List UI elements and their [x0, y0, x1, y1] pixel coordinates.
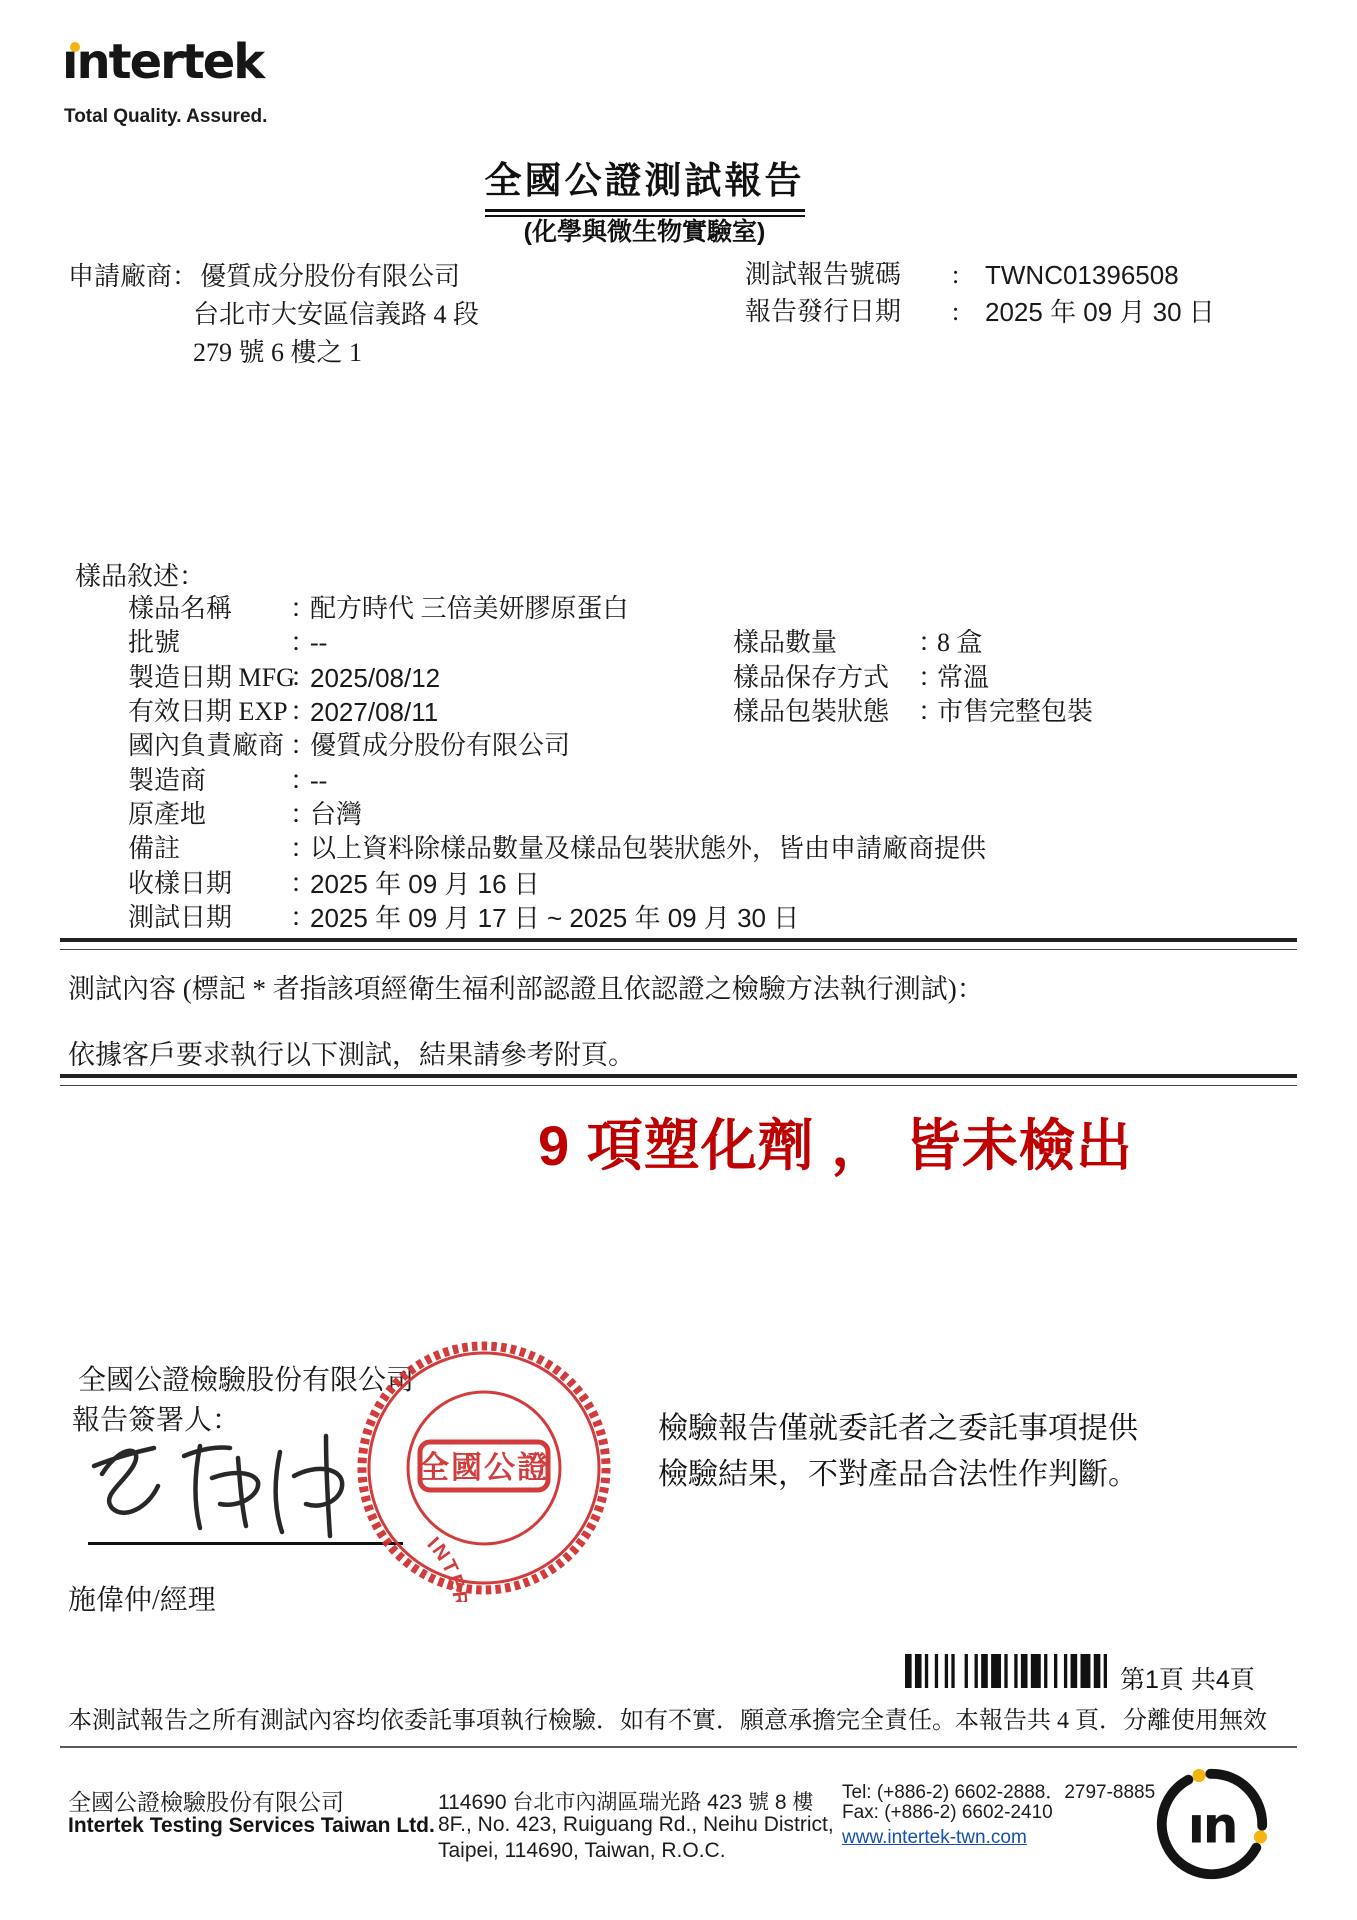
field-value: 2025/08/12 [310, 661, 440, 695]
barcode [905, 1654, 1107, 1688]
footer-divider [60, 1746, 1297, 1748]
title-wrap: 全國公證測試報告 [0, 150, 1357, 217]
footer-company-zh: 全國公證檢驗股份有限公司 [68, 1784, 344, 1817]
report-date-colon: : [952, 295, 959, 329]
sample-row-exp: 有效日期 EXP ： 2027/08/11 樣品包裝狀態 ： 市售完整包裝 [0, 695, 1357, 729]
footer-company-en: Intertek Testing Services Taiwan Ltd. [68, 1814, 435, 1838]
signer-name-title: 施偉仲/經理 [68, 1578, 216, 1618]
company-stamp: INTERTEK TESTING SERVICES TAIWAN LTD. 全國… [350, 1334, 618, 1602]
report-date-label: 報告發行日期 [745, 295, 901, 329]
field-value: 以上資料除樣品數量及樣品包裝狀態外，皆由申請廠商提供 [310, 832, 986, 866]
applicant-label: 申請廠商： [68, 260, 198, 294]
field-label-2: 樣品包裝狀態 [733, 695, 889, 729]
stamp-center-text: 全國公證 [418, 1450, 550, 1485]
report-page: ıntertek Total Quality. Assured. 全國公證測試報… [0, 0, 1357, 1920]
field-value: 2025 年 09 月 16 日 [310, 867, 540, 901]
sample-row-lot: 批號 ： -- 樣品數量 ： 8 盒 [0, 626, 1357, 660]
footer-tel: Tel: (+886-2) 6602-2888．2797-8885 [842, 1777, 1155, 1804]
sample-row-domestic: 國內負責廠商 ： 優質成分股份有限公司 [0, 729, 1357, 763]
sample-row-mfg: 製造日期 MFG ： 2025/08/12 樣品保存方式 ： 常溫 [0, 661, 1357, 695]
field-value: 台灣 [310, 798, 362, 832]
in-logo-yellow-dot-top [1192, 1769, 1205, 1782]
stamp-graphic: INTERTEK TESTING SERVICES TAIWAN LTD. 全國… [350, 1334, 618, 1602]
disclaimer-line-1: 檢驗報告僅就委託者之委託事項提供 [658, 1406, 1138, 1452]
field-label: 收樣日期 [128, 867, 232, 901]
page-subtitle: (化學與微生物實驗室) [524, 212, 766, 248]
logo-tagline: Total Quality. Assured. [64, 106, 267, 128]
in-logo-text: ın [1188, 1796, 1237, 1855]
footer-website-link[interactable]: www.intertek-twn.com [842, 1827, 1027, 1849]
field-label: 有效日期 EXP [128, 695, 288, 729]
field-label: 製造日期 MFG [128, 661, 295, 695]
intertek-in-circle-logo: ın [1152, 1764, 1272, 1884]
intertek-logo-text: ıntertek [62, 34, 263, 90]
field-value-2: 市售完整包裝 [937, 695, 1093, 729]
section-divider-1 [60, 938, 1297, 950]
subtitle-wrap: (化學與微生物實驗室) [0, 212, 1357, 248]
section-divider-2 [60, 1074, 1297, 1086]
integrity-statement: 本測試報告之所有測試內容均依委託事項執行檢驗．如有不實．願意承擔完全責任。 [68, 1700, 956, 1735]
field-label: 備註 [128, 832, 180, 866]
page-indicator: 第1頁 共4頁 [1120, 1660, 1255, 1696]
sample-row-origin: 原產地 ： 台灣 [0, 798, 1357, 832]
footer-address-en1: 8F., No. 423, Ruiguang Rd., Neihu Distri… [438, 1813, 834, 1837]
report-date-value: 2025 年 09 月 30 日 [985, 295, 1215, 329]
field-label: 製造商 [128, 764, 206, 798]
field-value: -- [310, 764, 327, 798]
report-number-value: TWNC01396508 [985, 258, 1179, 292]
sample-row-tested: 測試日期 ： 2025 年 09 月 17 日 ~ 2025 年 09 月 30… [0, 901, 1357, 935]
result-highlight: 9 項塑化劑 ， 皆未檢出 [538, 1102, 1133, 1182]
report-number-label: 測試報告號碼 [745, 258, 901, 292]
footer-fax: Fax: (+886-2) 6602-2410 [842, 1802, 1053, 1824]
disclaimer-line-2: 檢驗結果，不對產品合法性作判斷。 [658, 1452, 1138, 1498]
field-label: 樣品名稱 [128, 592, 232, 626]
report-number-colon: : [952, 258, 959, 292]
in-logo-yellow-dot-right [1254, 1830, 1267, 1843]
title-inner: 全國公證測試報告 [485, 150, 805, 217]
pages-validity-note: 本報告共 4 頁．分離使用無效 [955, 1700, 1267, 1735]
field-label: 批號 [128, 626, 180, 660]
applicant-address-1: 台北市大安區信義路 4 段 [193, 298, 479, 332]
field-label: 原產地 [128, 798, 206, 832]
report-disclaimer: 檢驗報告僅就委託者之委託事項提供 檢驗結果，不對產品合法性作判斷。 [658, 1406, 1138, 1498]
page-title: 全國公證測試報告 [485, 150, 805, 204]
field-label: 測試日期 [128, 901, 232, 935]
footer-address-en2: Taipei, 114690, Taiwan, R.O.C. [438, 1839, 726, 1863]
field-label: 國內負責廠商 [128, 729, 284, 763]
field-value-2: 常溫 [937, 661, 989, 695]
footer-address-zh: 114690 台北市內湖區瑞光路 423 號 8 樓 [438, 1786, 813, 1816]
field-value: 配方時代 三倍美妍膠原蛋白 [310, 592, 629, 626]
field-value: 優質成分股份有限公司 [310, 729, 570, 763]
field-value-2: 8 盒 [937, 626, 983, 660]
applicant-address-2: 279 號 6 樓之 1 [193, 336, 362, 370]
sample-row-name: 樣品名稱 ： 配方時代 三倍美妍膠原蛋白 [0, 592, 1357, 626]
sample-row-received: 收樣日期 ： 2025 年 09 月 16 日 [0, 867, 1357, 901]
intertek-logo-yellow-dot-icon [70, 42, 80, 52]
field-value: -- [310, 626, 327, 660]
stamp-ring-text: INTERTEK TESTING SERVICES TAIWAN LTD. [350, 1500, 471, 1602]
sample-section-title: 樣品敘述： [75, 560, 205, 594]
intertek-logo: ıntertek Total Quality. Assured. [62, 40, 362, 140]
field-value: 2025 年 09 月 17 日 ~ 2025 年 09 月 30 日 [310, 901, 799, 935]
signature-handwriting [88, 1422, 358, 1552]
field-label-2: 樣品數量 [733, 626, 837, 660]
field-value: 2027/08/11 [310, 695, 438, 729]
test-content-line1: 測試內容 (標記 * 者指該項經衛生福利部認證且依認證之檢驗方法執行測試)： [68, 972, 984, 1007]
applicant-name: 優質成分股份有限公司 [200, 260, 460, 294]
sample-row-remark: 備註 ： 以上資料除樣品數量及樣品包裝狀態外，皆由申請廠商提供 [0, 832, 1357, 866]
sample-row-manufacturer: 製造商 ： -- [0, 764, 1357, 798]
field-label-2: 樣品保存方式 [733, 661, 889, 695]
test-content-line2: 依據客戶要求執行以下測試，結果請參考附頁。 [68, 1038, 635, 1073]
